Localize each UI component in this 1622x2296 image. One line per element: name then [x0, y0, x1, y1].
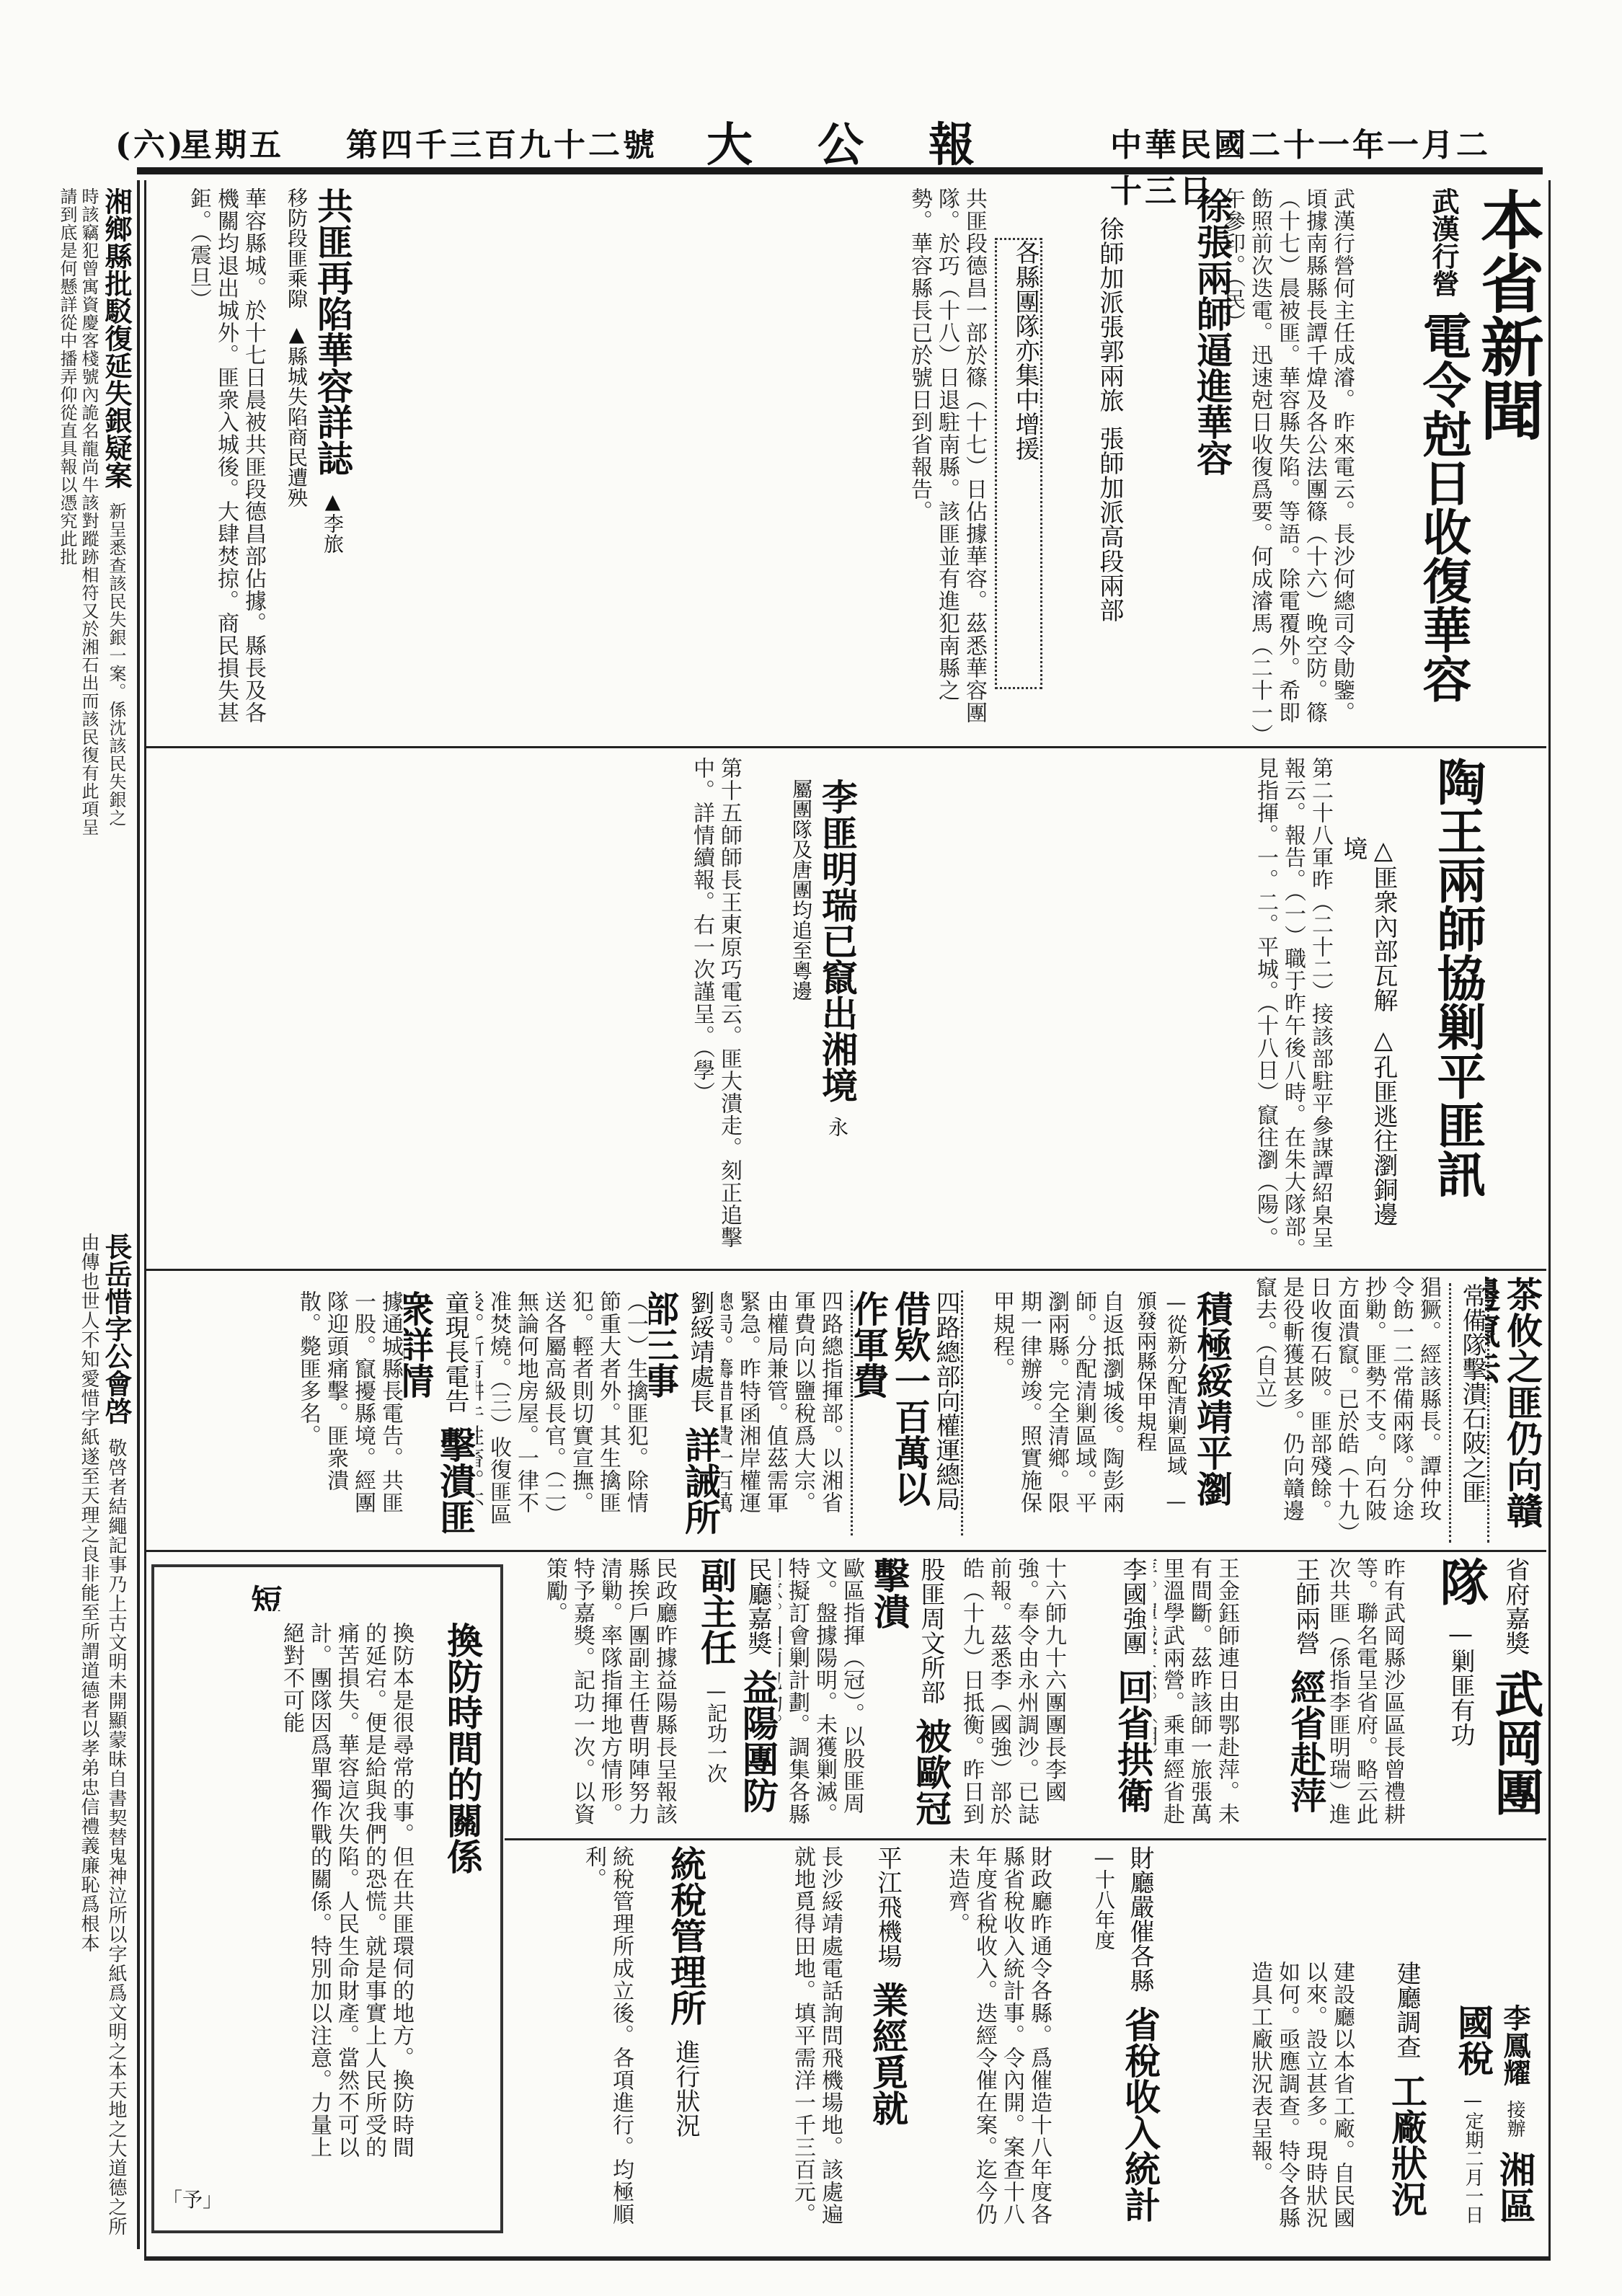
article-huarong-fall-body: 華容縣城。於十七日晨被共匪段德昌部佔據。縣長及各機關均退出城外。匪衆入城後。大肆… [151, 187, 267, 743]
article-tongcheng: 童現長電告 擊潰匪衆詳情 [404, 1290, 476, 1535]
kicker: 武漢行營 [1427, 187, 1460, 297]
newspaper-title: 大公報 [706, 108, 1040, 174]
left-column: 湘鄉縣批駁復延失銀疑案 新呈悉查該民失銀一案。係沈該民失銀之時該竊犯曾寓資慶客棧… [22, 180, 140, 2249]
boxed-subhead: 各縣團隊亦集中增援 [995, 238, 1042, 689]
headline: 湘鄉縣批駁復延失銀疑案 [100, 187, 133, 489]
article-three-matters: 劉綏靖處長 詳誡所部三事 [649, 1290, 721, 1535]
article-huarong-order: 武漢行營 電令尅日收復華容 [1355, 187, 1471, 735]
divider [144, 746, 1546, 748]
kicker: 省府嘉獎 [1501, 1557, 1530, 1655]
weekday: 星期五 [180, 119, 284, 165]
article-zhou-wen: 股匪周文所部 被歐冠擊潰 [865, 1557, 952, 1831]
subhead: 徐師加派張郭兩旅 [1095, 216, 1124, 412]
editorial-body: 換防本是很尋常的事。但在共匪環伺的地方。換防時間的延宕。便是給與我們的恐慌。就是… [162, 1622, 415, 2170]
article-tao-wang-subheads: △匪衆內部瓦解 △孔匪逃往瀏銅邊境 [1341, 836, 1399, 1240]
article-wang-camps-body: 王金鈺師連日由鄂赴萍。未有間斷。茲昨該師一旅張萬里溫學武兩營。乘車經省赴萍。彈械… [1153, 1557, 1240, 1831]
article-factory-body: 建設廳以本省工廠。自民國以來。設立甚多。現時狀況如何。亟應調查。特令各縣造具工廠… [1168, 1961, 1355, 2235]
article-charity: 長岳惜字公會啓 敬啓者結繩記事乃上古文明未開顯蒙昧自書契替鬼神泣所以字紙爲文明之… [25, 1233, 133, 2242]
article-chayou: 茶攸之匪仍向贛邊竄去 [1485, 1276, 1543, 1550]
article-li-guoqiang-body: 十六師九十六團團長李國強。奉令由永州調沙。已誌前報。茲悉李（國強）部於皓（十九）… [959, 1557, 1067, 1831]
kicker: 接辦 [1504, 2100, 1525, 2137]
article-loan-body: 四路總指揮部。以湘省軍費向以鹽稅爲大宗。由權局兼管。值茲需軍緊急。昨特函湘岸權運… [721, 1290, 843, 1535]
subhead: —剿匪有功 [1446, 1620, 1475, 1747]
article-yiyang: 民廳嘉獎 益陽團防副主任 —記功一次 [678, 1557, 779, 1831]
editorial-signature: 「予」 [162, 2184, 220, 2213]
article-factory: 建廳調查 工廠狀況 [1355, 1961, 1427, 2235]
headline: 借欵一百萬以作軍費 [851, 1290, 931, 1507]
subhead: —定期二月一日 [1462, 2090, 1484, 2224]
kicker: 民廳嘉獎 [743, 1557, 772, 1655]
headline: 換防時間的關係 [441, 1622, 483, 1874]
kicker: 建廳調查 [1392, 1961, 1421, 2059]
article-liuyang-body: 自返抵瀏城後。陶彭兩師。分配清剿區域。平瀏兩縣。完全清鄉。限期一律辦竣。照實施保… [966, 1290, 1125, 1535]
headline: 陶王兩師協剿平匪訊 [1429, 757, 1485, 1198]
kicker: 李國強團 [1118, 1557, 1147, 1655]
article-tax-office: 統稅管理所 進行狀況 [634, 1845, 706, 2235]
kicker: 平江飛機場 [873, 1845, 902, 1968]
subhead: —十八年度 [1092, 1845, 1116, 1950]
article-tax-office-body: 統稅管理所成立後。各項進行。均極順利。 [508, 1845, 634, 2235]
headline: 電令尅日收復華容 [1414, 311, 1471, 703]
article-huarong-order-body: 武漢行營何主任成濬。昨來電云。長沙何總司令勛鑒。頃據南縣縣長譚千煒及各公法團篠（… [1226, 187, 1355, 735]
article-tongcheng-body: 據通城縣長電告。共匪一股。竄擾縣境。經團隊迎頭痛擊。匪衆潰散。斃匪多名。 [151, 1290, 404, 1535]
article-li-mingrui: 李匪明瑞已竄出湘境 永屬團隊及唐團均追至粵邊 [743, 779, 858, 1153]
kicker: 王師兩營 [1291, 1557, 1320, 1655]
article-liuyang: 積極綏靖平瀏 —從新分配清剿區域 —頒發兩縣保甲規程 [1125, 1290, 1233, 1528]
headline: 茶攸之匪仍向贛邊竄去 [1485, 1276, 1543, 1528]
article-chayou-subhead: 常備隊擊潰石陂之匪 [1449, 1283, 1489, 1543]
kicker: 財廳嚴催各縣 [1125, 1845, 1154, 1993]
divider [144, 1550, 1546, 1552]
headline: 統稅管理所 [665, 1845, 706, 2026]
article-xiangxiang: 湘鄉縣批駁復延失銀疑案 新呈悉查該民失銀一案。係沈該民失銀之時該竊犯曾寓資慶客棧… [25, 187, 133, 836]
subhead: ▲縣城失陷商民遭殃 [285, 322, 309, 507]
article-li-guoqiang: 李國強團 回省拱衛 [1067, 1557, 1153, 1831]
section-title-text: 本省新聞 [1471, 187, 1543, 441]
subhead: —從新分配清剿區域 [1164, 1290, 1188, 1476]
subhead: 張師加派高段兩部 [1095, 426, 1124, 622]
headline: 共匪再陷華容詳誌 [311, 187, 353, 476]
headline: 回省拱衛 [1112, 1669, 1153, 1813]
headline: 工廠狀況 [1386, 2073, 1427, 2217]
headline: 積極綏靖平瀏 [1191, 1290, 1233, 1507]
divider [505, 1838, 1546, 1840]
article-wang-camps: 王師兩營 經省赴萍 [1240, 1557, 1326, 1831]
headline: 業經覓就 [867, 1982, 908, 2126]
article-tax-head: 李鳳耀 接辦 湘區國稅 —定期二月一日 [1435, 2004, 1535, 2235]
article-tao-wang-body: 第二十八軍昨（二十二）接該部駐平參謀譚紹臬呈報云。報告。（一）職于昨午後八時。在… [865, 757, 1334, 1262]
section-title: 本省新聞 [1471, 187, 1543, 591]
article-airfield-body: 長沙綏靖處電話詢問飛機場地。該處遍就地覓得田地。填平需洋一千三百元。 [706, 1845, 843, 2235]
article-xu-zhang-body: 共匪段德昌一部於篠（十七）日佔據華容。茲悉華容團隊。於巧（十八）日退駐南縣。該匪… [447, 187, 988, 743]
masthead: (六) 星期五 第四千三百九十二號 大公報 中華民國二十一年一月二十三日 [108, 105, 1521, 169]
article-loan: 四路總部向權運總局 借欵一百萬以作軍費 [851, 1290, 963, 1535]
article-chayou-body: 猖獗。經該縣長。譚仲玫令飭一二常備兩隊。分途抄勦。匪勢不支。向石陂方面潰竄。已於… [1240, 1276, 1442, 1543]
headline: 徐張兩師逼進華容 [1191, 187, 1233, 476]
subhead: △匪衆內部瓦解 [1369, 836, 1398, 1012]
divider [144, 1269, 1546, 1271]
article-tax-stats-body: 財政廳昨通令各縣。爲催造十八年度各縣省稅收入統計事。令內開。案查十八年度省稅收入… [908, 1845, 1052, 2235]
byline: 李鳳耀 [1499, 2004, 1531, 2086]
page-number: (六) [115, 119, 186, 165]
article-airfield: 平江飛機場 業經覓就 [843, 1845, 908, 2235]
article-xu-zhang-subheads: 徐師加派張郭兩旅 張師加派高段兩部 [1045, 216, 1125, 721]
article-huarong-fall: 共匪再陷華容詳誌 ▲李旅移防段匪乘隙 ▲縣城失陷商民遭殃 [267, 187, 353, 562]
subhead: 進行狀況 [671, 2039, 700, 2137]
article-li-mingrui-body: 第十五師師長王東原巧電云。匪大潰走。刻正追擊中。詳情續報。右一次謹呈。（學） [151, 757, 743, 1262]
kicker: 四路總部向權運總局 [931, 1290, 960, 1511]
byline: 劉綏靖處長 [686, 1290, 714, 1413]
headline: 省稅收入統計 [1119, 2006, 1161, 2222]
headline: 股匪周文所部 [916, 1557, 945, 1704]
article-yiyang-body: 民政廳昨據益陽縣長呈報該縣挨戶團副主任曹明陣努力清勦。率隊指揮地方情形。特予嘉獎… [505, 1557, 678, 1831]
headline: 經省赴萍 [1285, 1669, 1326, 1813]
article-tao-wang: 陶王兩師協剿平匪訊 [1399, 757, 1485, 1247]
article-three-matters-body: （一）生擒匪犯。除情節重大者外。其生擒匪犯。輕者則切實宣撫。送各屬高級長官。（二… [476, 1290, 649, 1535]
article-tax-stats: 財廳嚴催各縣 省稅收入統計 —十八年度 [1052, 1845, 1161, 2235]
article-wugang: 省府嘉獎 武岡團隊 —剿匪有功 [1406, 1557, 1543, 1831]
editorial-headline: 換防時間的關係 [418, 1622, 483, 2213]
editorial-label: 短評 [187, 1575, 461, 1611]
article-wugang-body: 昨有武岡縣沙區區長曾禮耕等。聯名電呈省府。略云此次共匪（係指李匪明瑞）進犯武岡。… [1326, 1557, 1406, 1831]
article-zhou-wen-body: 歐區指揮（冠）。以股匪周文。盤據陽明。未獲剿滅。特擬訂會剿計劃。調集各縣團隊。四… [779, 1557, 865, 1831]
issue-number: 第四千三百九十二號 [346, 119, 657, 165]
headline: 長岳惜字公會啓 [100, 1233, 133, 1424]
subhead: —記功一次 [704, 1679, 728, 1783]
headline: 李匪明瑞已竄出湘境 [816, 779, 858, 1103]
article-xu-zhang: 徐張兩師逼進華容 [1125, 187, 1233, 735]
byline: 童現長電告 [440, 1290, 469, 1413]
masthead-rule [137, 167, 1543, 174]
